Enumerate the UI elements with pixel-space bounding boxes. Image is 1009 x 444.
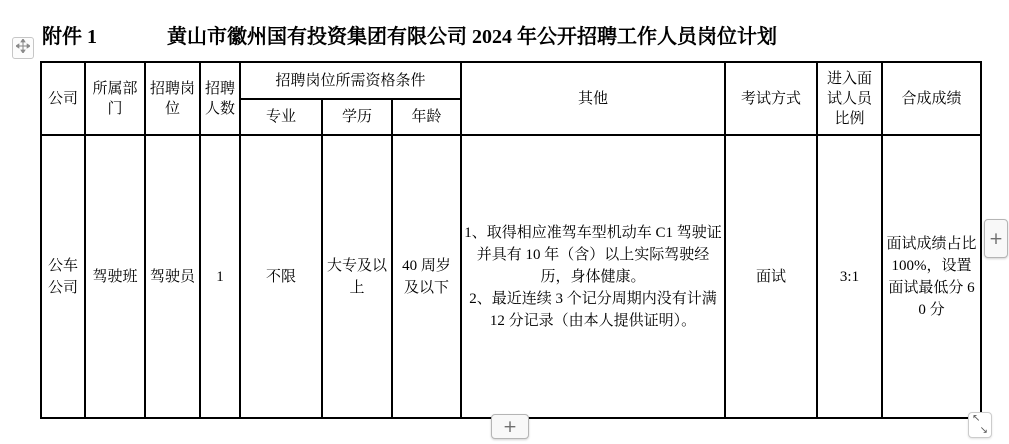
recruitment-plan-table: 公司 所属部门 招聘岗位 招聘人数 招聘岗位所需资格条件 其他 考试方式 进入面… (40, 61, 982, 419)
header-major-label: 专业 (266, 109, 296, 125)
cell-recruit-position[interactable]: 驾驶员 (145, 135, 200, 418)
header-composite-score-label: 合成成绩 (902, 91, 962, 107)
cell-composite-score[interactable]: 面试成绩占比 100%，设置面试最低分 60 分 (882, 135, 981, 418)
interview-ratio-value: 3:1 (840, 269, 859, 285)
header-cell-major[interactable]: 专业 (240, 99, 322, 135)
header-cell-education[interactable]: 学历 (322, 99, 392, 135)
header-age-label: 年龄 (412, 109, 442, 125)
table-move-handle[interactable] (12, 37, 34, 59)
plus-icon: + (989, 229, 1003, 249)
cell-other[interactable]: 1、取得相应准驾车型机动车 C1 驾驶证并具有 10 年（含）以上实际驾驶经历，… (461, 135, 725, 418)
cell-exam-method[interactable]: 面试 (725, 135, 817, 418)
header-cell-recruit-position[interactable]: 招聘岗位 (145, 62, 200, 135)
document-title-line[interactable]: 附件 1黄山市徽州国有投资集团有限公司 2024 年公开招聘工作人员岗位计划 (42, 26, 777, 48)
move-cross-icon (16, 39, 30, 58)
header-education-label: 学历 (342, 109, 372, 125)
page-title: 黄山市徽州国有投资集团有限公司 2024 年公开招聘工作人员岗位计划 (167, 26, 777, 48)
header-cell-qualification-group[interactable]: 招聘岗位所需资格条件 (240, 62, 461, 99)
header-exam-method-label: 考试方式 (741, 91, 801, 107)
header-recruit-position-label: 招聘岗位 (150, 81, 195, 117)
table-row: 公车公司 驾驶班 驾驶员 1 不限 大专及以上 40 周岁及以下 1、取得相应准… (41, 135, 981, 418)
cell-age[interactable]: 40 周岁及以下 (392, 135, 461, 418)
header-recruit-count-label: 招聘人数 (205, 81, 235, 117)
plus-icon: + (503, 417, 517, 437)
table-resize-handle[interactable]: ↖ ↘ (968, 412, 992, 438)
company-value: 公车公司 (48, 258, 78, 296)
header-cell-recruit-count[interactable]: 招聘人数 (200, 62, 240, 135)
cell-education[interactable]: 大专及以上 (322, 135, 392, 418)
resize-se-arrow-icon: ↘ (980, 426, 988, 436)
recruit-position-value: 驾驶员 (150, 269, 195, 285)
header-company-label: 公司 (48, 91, 78, 107)
add-row-button[interactable]: + (491, 414, 529, 439)
cell-company[interactable]: 公车公司 (41, 135, 85, 418)
header-cell-department[interactable]: 所属部门 (85, 62, 145, 135)
header-other-label: 其他 (578, 91, 608, 107)
header-cell-other[interactable]: 其他 (461, 62, 725, 135)
recruit-count-value: 1 (216, 269, 224, 285)
cell-major[interactable]: 不限 (240, 135, 322, 418)
major-value: 不限 (266, 269, 296, 285)
exam-method-value: 面试 (756, 269, 786, 285)
header-qualification-group-label: 招聘岗位所需资格条件 (276, 73, 426, 89)
document-page: 附件 1黄山市徽州国有投资集团有限公司 2024 年公开招聘工作人员岗位计划 公… (0, 0, 1009, 444)
other-requirement-2: 2、最近连续 3 个记分周期内没有计满 12 分记录（由本人提供证明）。 (464, 288, 722, 332)
header-department-label: 所属部门 (92, 81, 137, 117)
cell-interview-ratio[interactable]: 3:1 (817, 135, 882, 418)
age-value: 40 周岁及以下 (402, 258, 451, 296)
cell-recruit-count[interactable]: 1 (200, 135, 240, 418)
resize-nw-arrow-icon: ↖ (972, 414, 980, 424)
header-cell-composite-score[interactable]: 合成成绩 (882, 62, 981, 135)
other-requirement-1: 1、取得相应准驾车型机动车 C1 驾驶证并具有 10 年（含）以上实际驾驶经历，… (464, 222, 722, 288)
header-cell-age[interactable]: 年龄 (392, 99, 461, 135)
education-value: 大专及以上 (327, 258, 387, 296)
header-cell-company[interactable]: 公司 (41, 62, 85, 135)
composite-score-value: 面试成绩占比 100%，设置面试最低分 60 分 (887, 236, 977, 318)
cell-department[interactable]: 驾驶班 (85, 135, 145, 418)
header-cell-interview-ratio[interactable]: 进入面试人员比例 (817, 62, 882, 135)
header-interview-ratio-label: 进入面试人员比例 (827, 71, 872, 127)
add-column-button[interactable]: + (984, 219, 1008, 258)
department-value: 驾驶班 (92, 269, 137, 285)
header-cell-exam-method[interactable]: 考试方式 (725, 62, 817, 135)
attachment-label: 附件 1 (42, 26, 97, 48)
